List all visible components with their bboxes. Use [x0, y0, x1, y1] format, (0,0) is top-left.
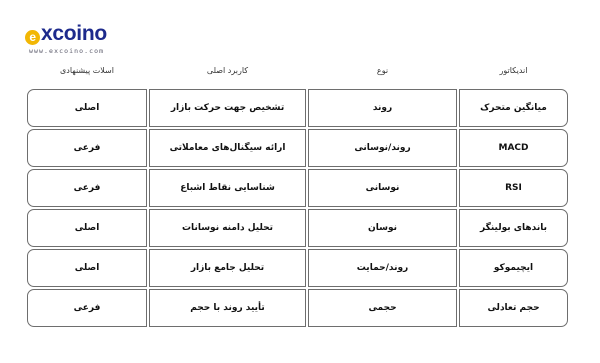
- cell-slot: فرعی: [27, 289, 147, 327]
- cell-slot: فرعی: [27, 129, 147, 167]
- table-row: اصلی تحلیل دامنه نوسانات نوسان باندهای ب…: [27, 209, 568, 249]
- logo-url: www.excoino.com: [29, 47, 125, 55]
- cell-type: حجمی: [308, 289, 457, 327]
- cell-main-use: تشخیص جهت حرکت بازار: [149, 89, 306, 127]
- cell-slot: اصلی: [27, 209, 147, 247]
- cell-indicator: ایچیموکو: [459, 249, 568, 287]
- cell-indicator: RSI: [459, 169, 568, 207]
- cell-type: روند/نوسانی: [308, 129, 457, 167]
- cell-main-use: شناسایی نقاط اشباع: [149, 169, 306, 207]
- cell-type: نوسان: [308, 209, 457, 247]
- table-row: اصلی تحلیل جامع بازار روند/حمایت ایچیموک…: [27, 249, 568, 289]
- table-row: فرعی تأیید روند با حجم حجمی حجم تعادلی: [27, 289, 568, 329]
- excoino-logo: excoino www.excoino.com: [25, 24, 125, 55]
- cell-slot: فرعی: [27, 169, 147, 207]
- cell-slot: اصلی: [27, 249, 147, 287]
- cell-type: روند: [308, 89, 457, 127]
- cell-main-use: تحلیل دامنه نوسانات: [149, 209, 306, 247]
- cell-indicator: حجم تعادلی: [459, 289, 568, 327]
- header-suggested-slot: اسلات پیشنهادی: [27, 66, 147, 75]
- cell-indicator: MACD: [459, 129, 568, 167]
- cell-main-use: تأیید روند با حجم: [149, 289, 306, 327]
- header-main-use: کاربرد اصلی: [149, 66, 306, 75]
- cell-slot: اصلی: [27, 89, 147, 127]
- bitcoin-coin-icon: e: [25, 30, 40, 45]
- cell-indicator: میانگین متحرک: [459, 89, 568, 127]
- logo-text: xcoino: [41, 24, 107, 44]
- table-row: اصلی تشخیص جهت حرکت بازار روند میانگین م…: [27, 89, 568, 129]
- cell-type: روند/حمایت: [308, 249, 457, 287]
- table-row: فرعی شناسایی نقاط اشباع نوسانی RSI: [27, 169, 568, 209]
- header-indicator: اندیکاتور: [459, 66, 568, 75]
- table-header: اسلات پیشنهادی کاربرد اصلی نوع اندیکاتور: [27, 66, 568, 82]
- cell-main-use: تحلیل جامع بازار: [149, 249, 306, 287]
- logo-wordmark: excoino: [25, 24, 125, 44]
- cell-type: نوسانی: [308, 169, 457, 207]
- header-type: نوع: [308, 66, 457, 75]
- cell-indicator: باندهای بولینگر: [459, 209, 568, 247]
- cell-main-use: ارائه سیگنال‌های معاملاتی: [149, 129, 306, 167]
- table-row: فرعی ارائه سیگنال‌های معاملاتی روند/نوسا…: [27, 129, 568, 169]
- indicator-table: اصلی تشخیص جهت حرکت بازار روند میانگین م…: [27, 89, 568, 329]
